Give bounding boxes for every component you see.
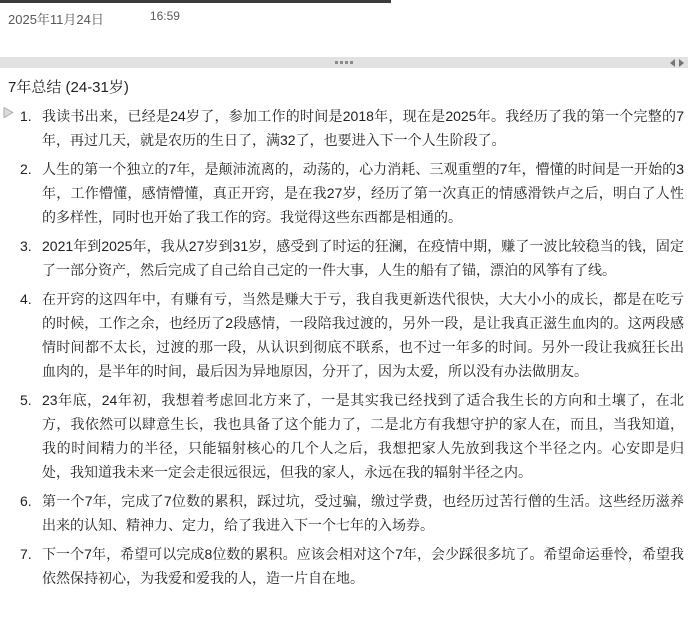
list-item-text: 人生的第一个独立的7年，是颠沛流离的，动荡的，心力消耗、三观重塑的7年，懵懂的时… [42, 161, 684, 225]
list-item: 1. 我读书出来，已经是24岁了，参加工作的时间是2018年，现在是2025年。… [0, 104, 688, 152]
list-item: 4. 在开窍的这四年中，有赚有亏，当然是赚大于亏，我自我更新迭代很快，大大小小的… [0, 287, 688, 383]
list-item: 2. 人生的第一个独立的7年，是颠沛流离的，动荡的，心力消耗、三观重塑的7年，懵… [0, 157, 688, 229]
list-item-number: 1. [20, 104, 32, 128]
scroll-right-icon[interactable] [679, 59, 684, 67]
list-item: 5. 23年底，24年初，我想着考虑回北方来了，一是其实我已经找到了适合我生长的… [0, 388, 688, 484]
window-edge-line [0, 0, 391, 3]
list-item-number: 2. [20, 157, 32, 181]
list-item-text: 在开窍的这四年中，有赚有亏，当然是赚大于亏，我自我更新迭代很快，大大小小的成长，… [42, 291, 684, 379]
scroll-left-icon[interactable] [670, 59, 675, 67]
list-item-number: 6. [20, 489, 32, 513]
summary-list: 1. 我读书出来，已经是24岁了，参加工作的时间是2018年，现在是2025年。… [0, 104, 688, 590]
list-item-number: 7. [20, 542, 32, 566]
list-item-number: 5. [20, 388, 32, 412]
page-title: 7年总结 (24-31岁) [8, 76, 688, 97]
page-time: 16:59 [150, 9, 180, 23]
list-item-text: 2021年到2025年，我从27岁到31岁，感受到了时运的狂澜，在疫情中期，赚了… [42, 238, 684, 278]
list-item-text: 第一个7年，完成了7位数的累积，踩过坑，受过骗，缴过学费，也经历过苦行僧的生活。… [42, 493, 684, 533]
list-item-number: 3. [20, 234, 32, 258]
list-item: 7. 下一个7年，希望可以完成8位数的累积。应该会相对这个7年，会少踩很多坑了。… [0, 542, 688, 590]
note-content: 7年总结 (24-31岁) 1. 我读书出来，已经是24岁了，参加工作的时间是2… [0, 76, 688, 595]
note-page: 2025年11月24日16:59 7年总结 (24-31岁) 1. 我读书出来，… [0, 0, 688, 633]
list-item-text: 下一个7年，希望可以完成8位数的累积。应该会相对这个7年，会少踩很多坑了。希望命… [42, 546, 684, 586]
page-meta: 2025年11月24日16:59 [8, 9, 180, 28]
drag-dots-icon[interactable] [335, 61, 353, 64]
pane-splitter[interactable] [0, 57, 688, 68]
splitter-arrows [670, 58, 684, 67]
list-item: 6. 第一个7年，完成了7位数的累积，踩过坑，受过骗，缴过学费，也经历过苦行僧的… [0, 489, 688, 537]
list-item-text: 23年底，24年初，我想着考虑回北方来了，一是其实我已经找到了适合我生长的方向和… [42, 392, 684, 480]
list-item: 3. 2021年到2025年，我从27岁到31岁，感受到了时运的狂澜，在疫情中期… [0, 234, 688, 282]
list-item-text: 我读书出来，已经是24岁了，参加工作的时间是2018年，现在是2025年。我经历… [42, 108, 684, 148]
list-item-number: 4. [20, 287, 32, 311]
page-date: 2025年11月24日 [8, 12, 104, 27]
